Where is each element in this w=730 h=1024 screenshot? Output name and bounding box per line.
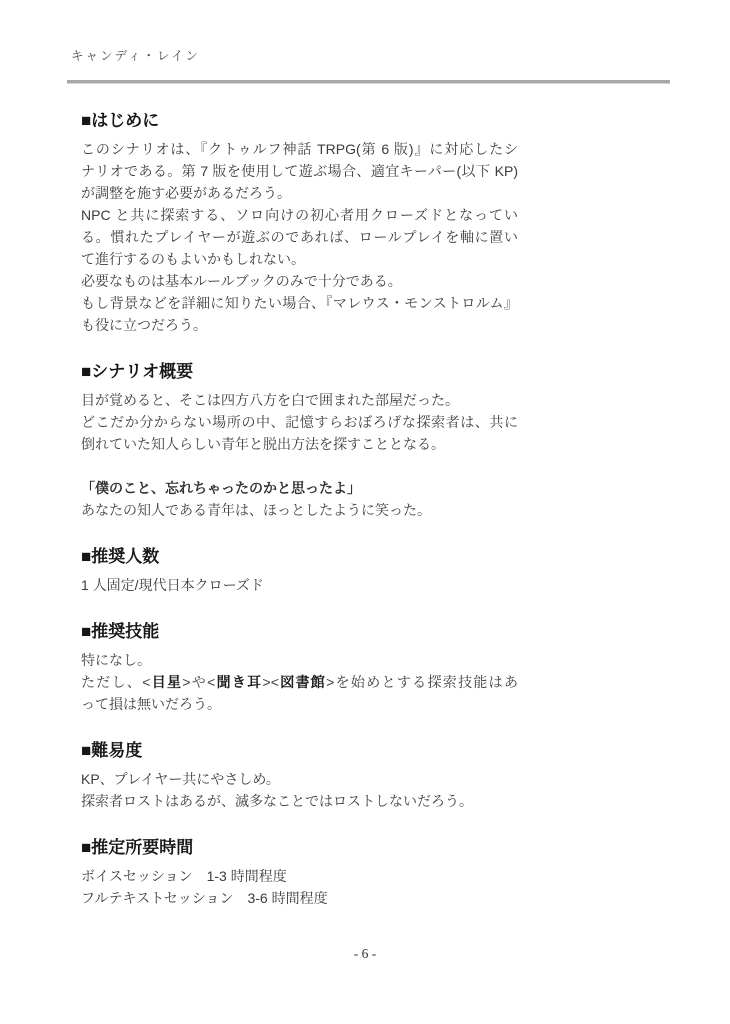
body-line: る。慣れたプレイヤーが遊ぶのであれば、ロールプレイを軸に置い [81,226,518,248]
skill-name-listen: 聞き耳 [215,674,262,690]
body-line: って損は無いだろう。 [81,693,518,715]
body-line: ナリオである。第 7 版を使用して遊ぶ場合、適宜キーパー(以下 KP) [81,160,518,182]
section-players: ■推奨人数 1 人固定/現代日本クローズド [81,545,518,596]
header-rule [67,80,670,84]
page-content: ■はじめに このシナリオは、『クトゥルフ神話 TRPG(第 6 版)』に対応した… [81,85,518,909]
section-difficulty-heading: ■難易度 [81,739,518,763]
text-segment: >< [263,674,279,690]
body-line: 探索者ロストはあるが、滅多なことではロストしないだろう。 [81,790,518,812]
text-segment: >を始めとする探索技能はあ [326,674,518,690]
document-page: キャンディ・レイン ■はじめに このシナリオは、『クトゥルフ神話 TRPG(第 … [0,0,730,1024]
body-line: 必要なものは基本ルールブックのみで十分である。 [81,270,518,292]
section-skills: ■推奨技能 特になし。 ただし、<目星>や<聞き耳><図書館>を始めとする探索技… [81,620,518,715]
body-line: も役に立つだろう。 [81,314,518,336]
section-intro-heading: ■はじめに [81,109,518,133]
body-line: 1 人固定/現代日本クローズド [81,574,518,596]
section-difficulty: ■難易度 KP、プレイヤー共にやさしめ。 探索者ロストはあるが、滅多なことではロ… [81,739,518,812]
section-skills-heading: ■推奨技能 [81,620,518,644]
body-line: もし背景などを詳細に知りたい場合、『マレウス・モンストロルム』 [81,292,518,314]
section-overview: ■シナリオ概要 目が覚めると、そこは四方八方を白で囲まれた部屋だった。 どこだか… [81,360,518,521]
blank-line [81,455,518,477]
page-number: - 6 - [354,946,377,961]
body-line: て進行するのもよいかもしれない。 [81,248,518,270]
body-line-skill-list: ただし、<目星>や<聞き耳><図書館>を始めとする探索技能はあ [81,671,518,693]
body-line: このシナリオは、『クトゥルフ神話 TRPG(第 6 版)』に対応したシ [81,138,518,160]
body-line: あなたの知人である青年は、ほっとしたように笑った。 [81,499,518,521]
body-line: フルテキストセッション 3-6 時間程度 [81,887,518,909]
dialogue-line: 「僕のこと、忘れちゃったのかと思ったよ」 [81,477,518,499]
text-segment: >や< [182,674,215,690]
section-players-heading: ■推奨人数 [81,545,518,569]
body-line: 特になし。 [81,649,518,671]
section-overview-heading: ■シナリオ概要 [81,360,518,384]
section-intro: ■はじめに このシナリオは、『クトゥルフ神話 TRPG(第 6 版)』に対応した… [81,109,518,336]
running-title: キャンディ・レイン [71,46,200,64]
section-duration: ■推定所要時間 ボイスセッション 1-3 時間程度 フルテキストセッション 3-… [81,836,518,909]
skill-name-library: 図書館 [279,674,326,690]
body-line: KP、プレイヤー共にやさしめ。 [81,768,518,790]
body-line: どこだか分からない場所の中、記憶すらおぼろげな探索者は、共に [81,411,518,433]
body-line: 目が覚めると、そこは四方八方を白で囲まれた部屋だった。 [81,389,518,411]
body-line: NPC と共に探索する、ソロ向けの初心者用クローズドとなってい [81,204,518,226]
body-line: が調整を施す必要があるだろう。 [81,182,518,204]
body-line: ボイスセッション 1-3 時間程度 [81,865,518,887]
page-footer: - 6 - [0,946,730,962]
section-duration-heading: ■推定所要時間 [81,836,518,860]
skill-name-spot-hidden: 目星 [150,674,182,690]
text-segment: ただし、< [81,674,150,690]
body-line: 倒れていた知人らしい青年と脱出方法を探すこととなる。 [81,433,518,455]
